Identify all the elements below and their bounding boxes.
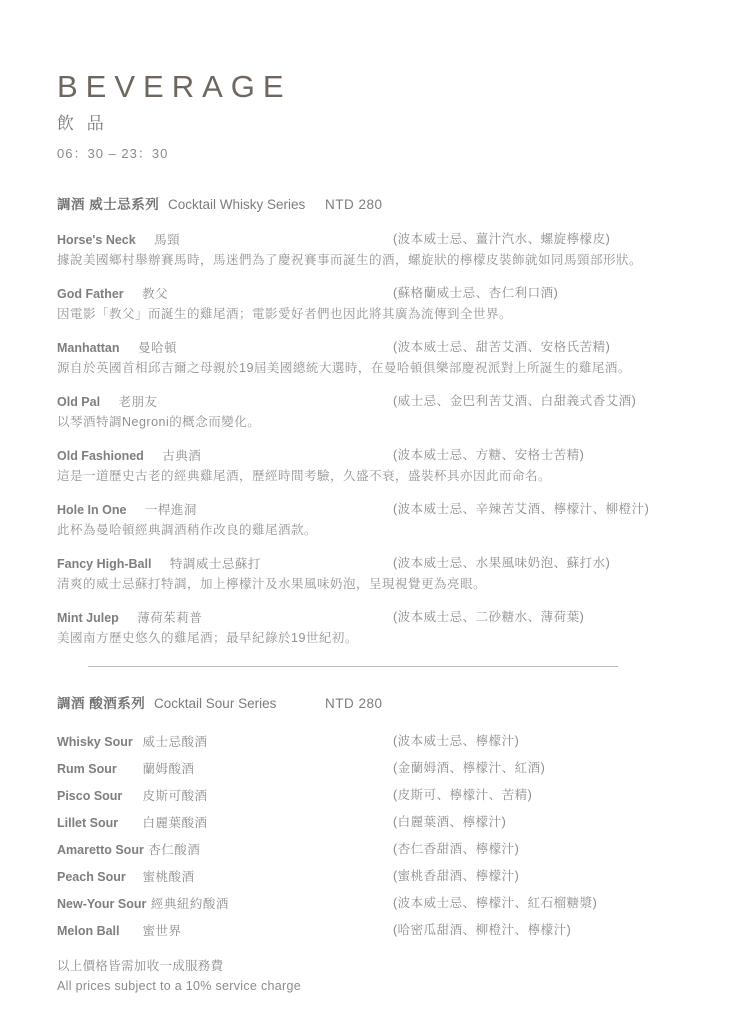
item-name-en: Peach Sour	[57, 864, 138, 891]
sour-section-title-cjk: 調酒 酸酒系列	[57, 696, 145, 711]
whisky-section-title-cjk: 調酒 威士忌系列	[57, 197, 159, 212]
sour-section-title-en: Cocktail Sour Series	[154, 696, 276, 711]
item-ingredients: (杏仁香甜酒、檸檬汁)	[393, 836, 519, 863]
item-ingredients: (白麗葉酒、檸檬汁)	[393, 809, 506, 836]
item-name-en: Pisco Sour	[57, 783, 138, 810]
section-divider	[88, 666, 618, 667]
item-ingredients: (蜜桃香甜酒、檸檬汁)	[393, 863, 519, 890]
item-description: 據說美國鄉村舉辦賽馬時，馬迷們為了慶祝賽事而誕生的酒，螺旋狀的檸檬皮裝飾就如同馬…	[57, 250, 680, 270]
item-name-cjk: 特調威士忌蘇打	[170, 557, 261, 571]
item-name-en: Mint Julep	[57, 611, 119, 625]
item-name-cjk: 威士忌酸酒	[142, 735, 207, 749]
item-name-cjk: 古典酒	[162, 449, 201, 463]
item-description: 這是一道歷史古老的經典雞尾酒，歷經時間考驗，久盛不衰，盛裝杯具亦因此而命名。	[57, 466, 680, 486]
item-name-en: Lillet Sour	[57, 810, 138, 837]
menu-item: Horse's Neck 馬頸 (波本威士忌、薑汁汽水、螺旋檸檬皮) 據說美國鄉…	[57, 229, 680, 270]
item-description: 以琴酒特調Negroni的概念而變化。	[57, 412, 680, 432]
item-name-en: Fancy High-Ball	[57, 557, 151, 571]
item-name-en: Hole In One	[57, 503, 126, 517]
menu-item-head: Fancy High-Ball 特調威士忌蘇打 (波本威士忌、水果風味奶泡、蘇打…	[57, 553, 680, 574]
item-name-cjk: 皮斯可酸酒	[142, 789, 207, 803]
item-name-cjk: 一桿進洞	[145, 503, 197, 517]
menu-item-head: Old Fashioned 古典酒 (波本威士忌、方糖、安格士苦精)	[57, 445, 680, 466]
menu-item: Amaretto Sour 杏仁酸酒 (杏仁香甜酒、檸檬汁)	[57, 836, 680, 863]
menu-item-head: God Father 教父 (蘇格蘭威士忌、杏仁利口酒)	[57, 283, 680, 304]
item-name-cjk: 馬頸	[154, 233, 180, 247]
item-name-cjk: 蘭姆酸酒	[142, 762, 194, 776]
item-ingredients: (波本威士忌、檸檬汁、紅石榴糖漿)	[393, 890, 597, 917]
service-hours: 06：30 – 23：30	[57, 145, 680, 163]
item-name-en: Manhattan	[57, 341, 120, 355]
menu-item-head: Hole In One 一桿進洞 (波本威士忌、辛辣苦艾酒、檸檬汁、柳橙汁)	[57, 499, 680, 520]
menu-item: Old Fashioned 古典酒 (波本威士忌、方糖、安格士苦精) 這是一道歷…	[57, 445, 680, 486]
service-charge-note: 以上價格皆需加收一成服務費 All prices subject to a 10…	[57, 956, 680, 996]
item-description: 清爽的威士忌蘇打特調，加上檸檬汁及水果風味奶泡，呈現視覺更為亮眼。	[57, 574, 680, 594]
menu-item: Peach Sour 蜜桃酸酒 (蜜桃香甜酒、檸檬汁)	[57, 863, 680, 890]
menu-item: Mint Julep 薄荷茱莉普 (波本威士忌、二砂糖水、薄荷葉) 美國南方歷史…	[57, 607, 680, 648]
page-title: BEVERAGE	[57, 70, 680, 104]
menu-item: Hole In One 一桿進洞 (波本威士忌、辛辣苦艾酒、檸檬汁、柳橙汁) 此…	[57, 499, 680, 540]
item-ingredients: (波本威士忌、辛辣苦艾酒、檸檬汁、柳橙汁)	[393, 499, 649, 520]
sour-item-list: Whisky Sour 威士忌酸酒 (波本威士忌、檸檬汁) Rum Sour 蘭…	[57, 728, 680, 944]
item-description: 因電影「教父」而誕生的雞尾酒；電影愛好者們也因此將其廣為流傳到全世界。	[57, 304, 680, 324]
page-subtitle-cjk: 飲 品	[57, 113, 680, 135]
item-name-en: Rum Sour	[57, 756, 138, 783]
item-ingredients: (波本威士忌、方糖、安格士苦精)	[393, 445, 584, 466]
menu-item-head: Old Pal 老朋友 (威士忌、金巴利苦艾酒、白甜義式香艾酒)	[57, 391, 680, 412]
item-description: 美國南方歷史悠久的雞尾酒；最早紀錄於19世紀初。	[57, 628, 680, 648]
item-description: 源自於英國首相邱吉爾之母親於19屆美國總統大選時，在曼哈頓俱樂部慶祝派對上所誕生…	[57, 358, 680, 378]
item-name-cjk: 蜜世界	[142, 924, 181, 938]
item-name-cjk: 杏仁酸酒	[148, 843, 200, 857]
item-ingredients: (哈密瓜甜酒、柳橙汁、檸檬汁)	[393, 917, 571, 944]
item-ingredients: (波本威士忌、二砂糖水、薄荷葉)	[393, 607, 584, 628]
item-name-en: God Father	[57, 287, 124, 301]
item-name-en: Amaretto Sour	[57, 837, 144, 864]
menu-page: BEVERAGE 飲 品 06：30 – 23：30 調酒 威士忌系列 Cock…	[0, 0, 730, 1021]
menu-item: God Father 教父 (蘇格蘭威士忌、杏仁利口酒) 因電影「教父」而誕生的…	[57, 283, 680, 324]
item-ingredients: (波本威士忌、水果風味奶泡、蘇打水)	[393, 553, 610, 574]
item-ingredients: (金蘭姆酒、檸檬汁、紅酒)	[393, 755, 545, 782]
menu-item: Manhattan 曼哈頓 (波本威士忌、甜苦艾酒、安格氏苦精) 源自於英國首相…	[57, 337, 680, 378]
item-name-en: Old Fashioned	[57, 449, 144, 463]
menu-item-head: Mint Julep 薄荷茱莉普 (波本威士忌、二砂糖水、薄荷葉)	[57, 607, 680, 628]
item-ingredients: (波本威士忌、薑汁汽水、螺旋檸檬皮)	[393, 229, 610, 250]
item-ingredients: (波本威士忌、甜苦艾酒、安格氏苦精)	[393, 337, 610, 358]
item-name-cjk: 老朋友	[119, 395, 158, 409]
item-name-cjk: 曼哈頓	[138, 341, 177, 355]
menu-item: Old Pal 老朋友 (威士忌、金巴利苦艾酒、白甜義式香艾酒) 以琴酒特調Ne…	[57, 391, 680, 432]
menu-item-head: Horse's Neck 馬頸 (波本威士忌、薑汁汽水、螺旋檸檬皮)	[57, 229, 680, 250]
sour-section-heading: 調酒 酸酒系列 Cocktail Sour Series NTD 280	[57, 694, 680, 714]
menu-item: Melon Ball 蜜世界 (哈密瓜甜酒、柳橙汁、檸檬汁)	[57, 917, 680, 944]
menu-item: Pisco Sour 皮斯可酸酒 (皮斯可、檸檬汁、苦精)	[57, 782, 680, 809]
item-ingredients: (波本威士忌、檸檬汁)	[393, 728, 519, 755]
whisky-section-price: NTD 280	[325, 195, 383, 215]
item-description: 此杯為曼哈頓經典調酒稍作改良的雞尾酒款。	[57, 520, 680, 540]
item-name-cjk: 經典紐約酸酒	[151, 897, 229, 911]
item-name-en: Melon Ball	[57, 918, 138, 945]
item-name-en: New-Your Sour	[57, 891, 146, 918]
item-name-en: Horse's Neck	[57, 233, 136, 247]
whisky-section-heading: 調酒 威士忌系列 Cocktail Whisky Series NTD 280	[57, 195, 680, 215]
menu-item: New-Your Sour 經典紐約酸酒 (波本威士忌、檸檬汁、紅石榴糖漿)	[57, 890, 680, 917]
item-ingredients: (威士忌、金巴利苦艾酒、白甜義式香艾酒)	[393, 391, 636, 412]
item-name-en: Whisky Sour	[57, 729, 138, 756]
menu-item-head: Manhattan 曼哈頓 (波本威士忌、甜苦艾酒、安格氏苦精)	[57, 337, 680, 358]
item-name-cjk: 薄荷茱莉普	[137, 611, 202, 625]
service-charge-note-cjk: 以上價格皆需加收一成服務費	[57, 956, 680, 976]
item-name-cjk: 白麗葉酸酒	[142, 816, 207, 830]
item-name-cjk: 教父	[142, 287, 168, 301]
menu-item: Rum Sour 蘭姆酸酒 (金蘭姆酒、檸檬汁、紅酒)	[57, 755, 680, 782]
menu-item: Whisky Sour 威士忌酸酒 (波本威士忌、檸檬汁)	[57, 728, 680, 755]
item-name-cjk: 蜜桃酸酒	[142, 870, 194, 884]
sour-section-price: NTD 280	[325, 694, 383, 714]
menu-item: Lillet Sour 白麗葉酸酒 (白麗葉酒、檸檬汁)	[57, 809, 680, 836]
item-ingredients: (蘇格蘭威士忌、杏仁利口酒)	[393, 283, 558, 304]
menu-item: Fancy High-Ball 特調威士忌蘇打 (波本威士忌、水果風味奶泡、蘇打…	[57, 553, 680, 594]
item-name-en: Old Pal	[57, 395, 100, 409]
whisky-section-title-en: Cocktail Whisky Series	[168, 197, 305, 212]
service-charge-note-en: All prices subject to a 10% service char…	[57, 976, 680, 996]
item-ingredients: (皮斯可、檸檬汁、苦精)	[393, 782, 532, 809]
whisky-item-list: Horse's Neck 馬頸 (波本威士忌、薑汁汽水、螺旋檸檬皮) 據說美國鄉…	[57, 229, 680, 648]
